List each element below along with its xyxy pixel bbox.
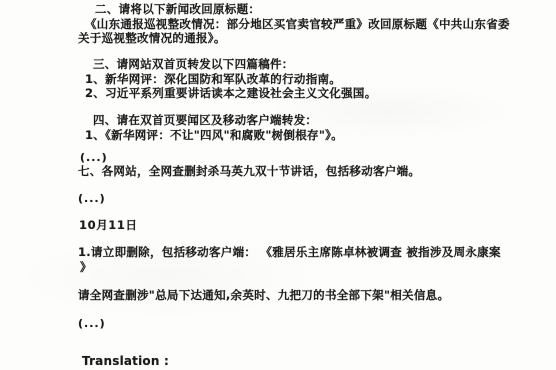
document-page: 二、请将以下新闻改回原标题： 《山东通报巡视整改情况：部分地区买官卖官较严重》改… (0, 0, 556, 370)
directive-item3-sub2: 2、习近平系列重要讲话读本之建设社会主义文化强国。 (85, 87, 377, 100)
directive-item3-heading: 三、请网站双首页转发以下四篇稿件： (93, 58, 294, 71)
directive-item3-sub1: 1、新华网评：深化国防和军队改革的行动指南。 (85, 73, 341, 86)
date-line: 10月11日 (79, 219, 138, 232)
delete-directive-line2: 》 (80, 261, 92, 274)
delete-directive-line1: 1.请立即删除，包括移动客户端： 《雅居乐主席陈卓林被调查 被指涉及周永康案 (78, 246, 501, 259)
translation-heading: Translation : (82, 355, 169, 368)
directive-item7: 七、各网站，全网查删封杀马英九双十节讲话，包括移动客户端。 (78, 165, 420, 178)
directive-item2-heading: 二、请将以下新闻改回原标题： (95, 3, 260, 16)
omission-marker: (...) (78, 192, 106, 205)
directive-item2-body-line2: 关于巡视整改情况的通报》。 (78, 32, 226, 45)
scrub-directive-line: 请全网查删涉"总局下达通知,余英时、九把刀的书全部下架"相关信息。 (78, 289, 449, 302)
directive-item4-sub1: 1、《新华网评：不让"四风"和腐败"树倒根存"》。 (85, 129, 343, 142)
omission-marker: (...) (78, 317, 106, 330)
omission-marker: (...) (80, 151, 108, 164)
directive-item2-body-line1: 《山东通报巡视整改情况：部分地区买官卖官较严重》改回原标题《中共山东省委 (85, 18, 510, 31)
directive-item4-heading: 四、请在双首页要闻区及移动客户端转发： (93, 114, 317, 127)
